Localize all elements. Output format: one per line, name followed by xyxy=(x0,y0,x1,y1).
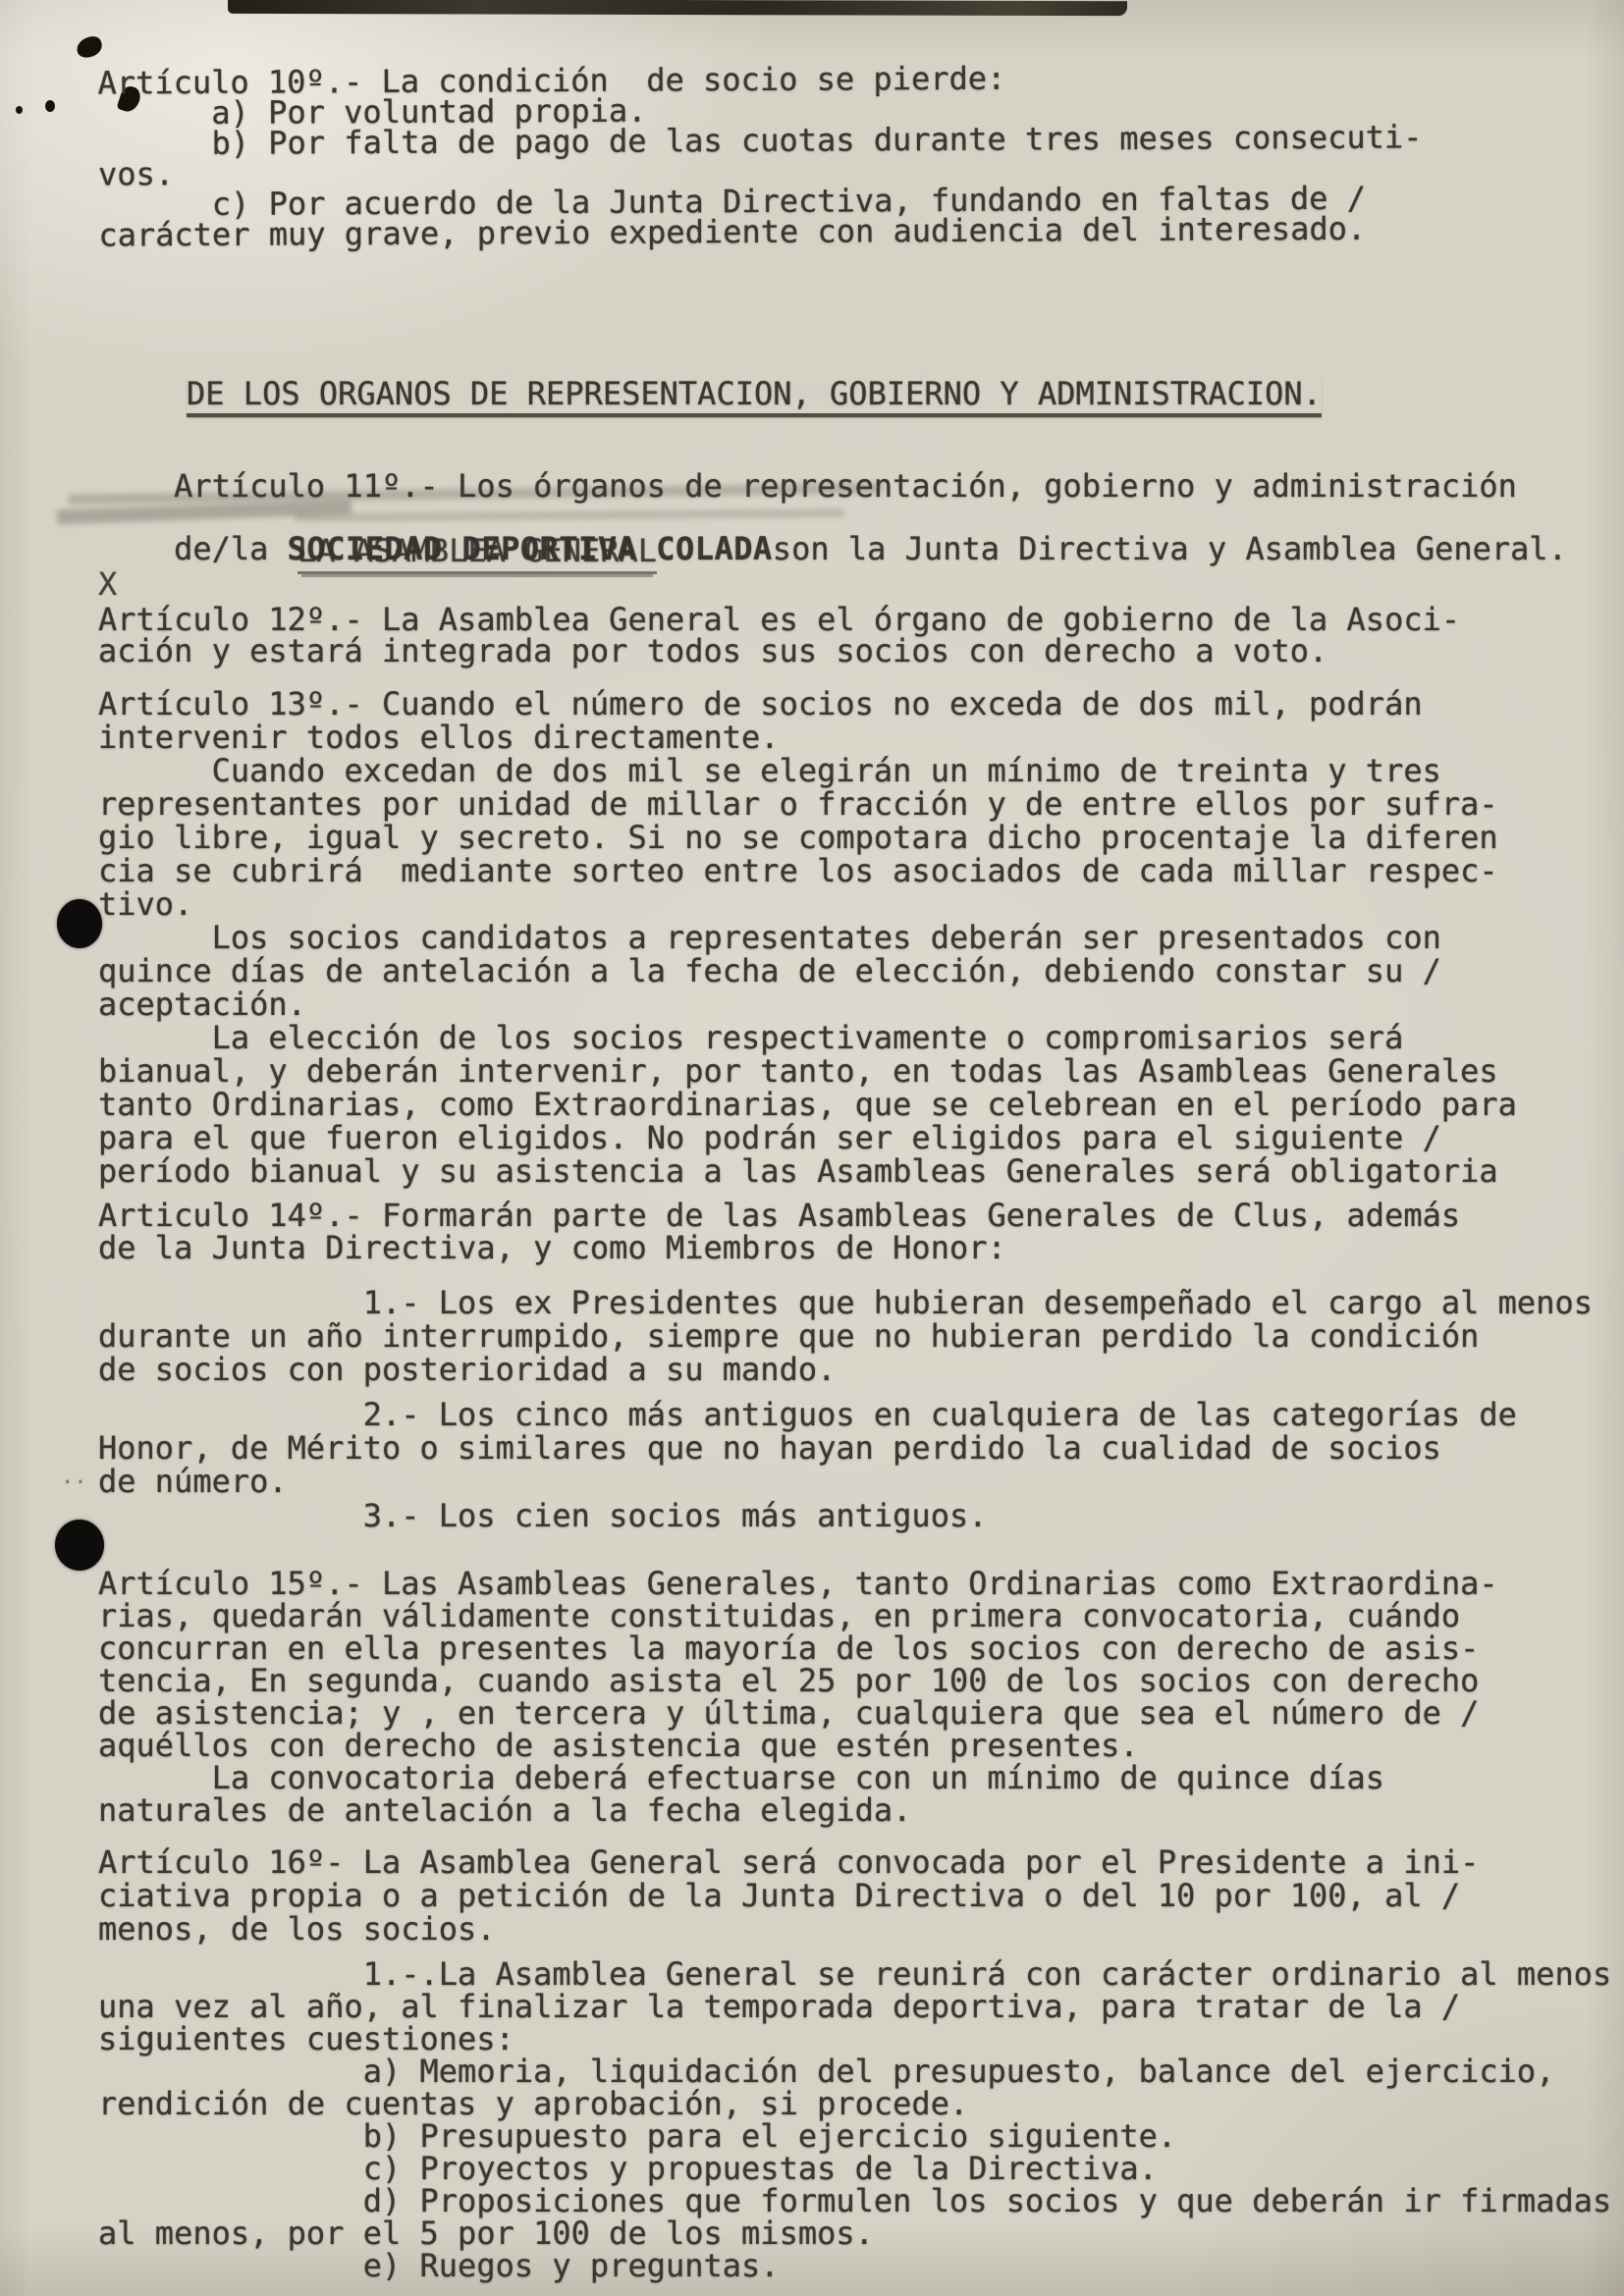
article-11-line1: Artículo 11º.- Los órganos de representa… xyxy=(174,467,1517,505)
hole-punch-bottom xyxy=(55,1520,104,1571)
scanned-document-page: Artículo 10º.- La condición de socio se … xyxy=(0,0,1624,2296)
section-heading-asamblea-general: LA ASAMBLEA GENERAL xyxy=(298,535,657,574)
article-11-post: son la Junta Directiva y Asamblea Genera… xyxy=(773,530,1567,567)
margin-dots: .. xyxy=(61,1465,87,1489)
ink-blot-4 xyxy=(16,106,23,114)
article-15-paragraph: Artículo 15º.- Las Asambleas Generales, … xyxy=(98,1568,1498,1827)
honor-item-1: 1.- Los ex Presidentes que hubieran dese… xyxy=(98,1286,1593,1386)
ink-blot-3 xyxy=(45,100,55,112)
article-16-agenda: 1.-.La Asamblea General se reunirá con c… xyxy=(98,1958,1611,2282)
hole-punch-top xyxy=(57,899,102,948)
article-13-paragraph: Artículo 13º.- Cuando el número de socio… xyxy=(98,687,1517,1188)
article-16-paragraph: Artículo 16º- La Asamblea General será c… xyxy=(98,1845,1479,1946)
margin-mark-x: X xyxy=(98,565,117,603)
honor-item-3: 3.- Los cien socios más antiguos. xyxy=(98,1500,987,1532)
honor-item-2: 2.- Los cinco más antiguos en cualquiera… xyxy=(98,1398,1517,1498)
section-heading-organos: DE LOS ORGANOS DE REPRESENTACION, GOBIER… xyxy=(187,378,1322,417)
article-10-paragraph: Artículo 10º.- La condición de socio se … xyxy=(98,61,1424,250)
article-12-paragraph: Artículo 12º.- La Asamblea General es el… xyxy=(98,604,1460,667)
ink-blot-1 xyxy=(75,34,104,60)
article-14-paragraph: Articulo 14º.- Formarán parte de las Asa… xyxy=(98,1200,1460,1264)
torn-edge-top xyxy=(228,0,1127,16)
article-11-pre: de/la xyxy=(174,530,288,567)
